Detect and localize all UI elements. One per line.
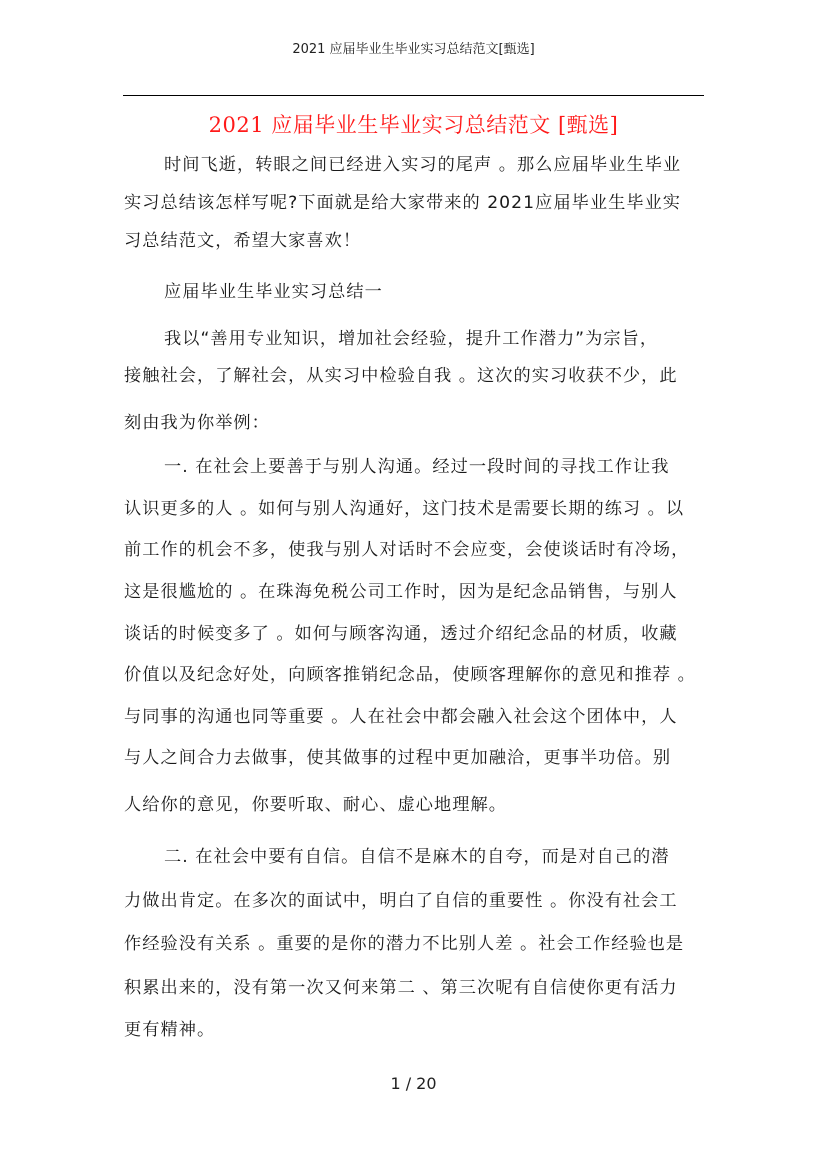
paragraph-line: 力做出肯定。在多次的面试中，明白了自信的重要性 。你没有社会工	[124, 889, 714, 913]
document-title: 2021 应届毕业生毕业实习总结范文 [甄选]	[0, 109, 827, 139]
paragraph-line: 与人之间合力去做事，使其做事的过程中更加融洽，更事半功倍。别	[124, 746, 714, 770]
paragraph-line: 习总结范文，希望大家喜欢！	[124, 229, 714, 253]
page-indicator: 1 / 20	[0, 1074, 827, 1093]
paragraph-line: 前工作的机会不多，使我与别人对话时不会应变，会使谈话时有冷场，	[124, 538, 714, 562]
paragraph-line: 实习总结该怎样写呢?下面就是给大家带来的 2021应届毕业生毕业实	[124, 191, 714, 215]
paragraph-line: 刻由我为你举例：	[124, 411, 714, 435]
paragraph-line: 我以“善用专业知识，增加社会经验，提升工作潜力”为宗旨，	[164, 327, 714, 351]
paragraph-line: 人给你的意见，你要听取、耐心、虚心地理解。	[124, 793, 714, 817]
paragraph-line: 这是很尴尬的 。在珠海免税公司工作时，因为是纪念品销售，与别人	[124, 580, 714, 604]
paragraph-line: 作经验没有关系 。重要的是你的潜力不比别人差 。社会工作经验也是	[124, 932, 714, 956]
paragraph-line: 更有精神。	[124, 1018, 714, 1042]
running-header: 2021 应届毕业生毕业实习总结范文[甄选]	[0, 38, 827, 57]
paragraph-line: 认识更多的人 。如何与别人沟通好，这门技术是需要长期的练习 。以	[124, 497, 714, 521]
paragraph-line: 时间飞逝，转眼之间已经进入实习的尾声 。那么应届毕业生毕业	[164, 153, 714, 177]
header-divider	[123, 95, 704, 96]
paragraph-line: 接触社会，了解社会，从实习中检验自我 。这次的实习收获不少，此	[124, 364, 714, 388]
paragraph-line: 二. 在社会中要有自信。自信不是麻木的自夸，而是对自己的潜	[164, 845, 714, 869]
paragraph-line: 谈话的时候变多了 。如何与顾客沟通，透过介绍纪念品的材质，收藏	[124, 622, 714, 646]
paragraph-line: 积累出来的，没有第一次又何来第二 、第三次呢有自信使你更有活力	[124, 976, 714, 1000]
paragraph-line: 与同事的沟通也同等重要 。人在社会中都会融入社会这个团体中，人	[124, 705, 714, 729]
paragraph-line: 价值以及纪念好处，向顾客推销纪念品，使顾客理解你的意见和推荐 。	[124, 663, 714, 687]
paragraph-line: 一. 在社会上要善于与别人沟通。经过一段时间的寻找工作让我	[164, 455, 714, 479]
section-heading: 应届毕业生毕业实习总结一	[164, 280, 714, 304]
